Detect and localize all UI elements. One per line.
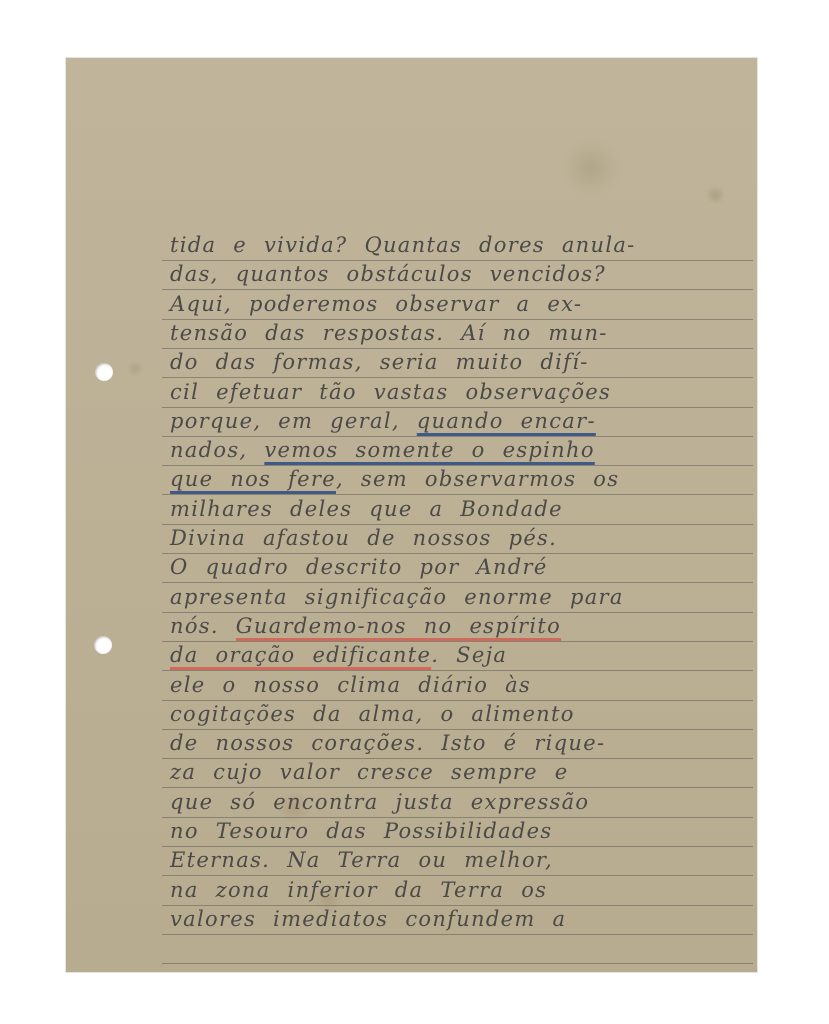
line-text: cogitações da alma, o alimento [170, 702, 575, 726]
line-text: Eternas. Na Terra ou melhor, [170, 848, 553, 872]
line-text: tida e vivida? Quantas dores anula- [170, 233, 636, 257]
text-line: na zona inferior da Terra os [170, 875, 750, 905]
underlined-text: quando encar- [417, 409, 596, 433]
line-text: que só encontra justa expressão [170, 790, 589, 814]
text-line: porque, em geral, quando encar- [170, 406, 750, 436]
text-line: no Tesouro das Possibilidades [170, 816, 750, 846]
ruled-line [162, 934, 753, 935]
text-line: tensão das respostas. Aí no mun- [170, 318, 750, 348]
text-line: do das formas, seria muito difí- [170, 347, 750, 377]
text-line: nós. Guardemo-nos no espírito [170, 611, 750, 641]
underlined-text: que nos fere [170, 467, 336, 491]
line-text: za cujo valor cresce sempre e [170, 760, 569, 784]
line-text: porque, em geral, [170, 409, 417, 433]
text-line: da oração edificante. Seja [170, 640, 750, 670]
line-text: valores imediatos confundem a [170, 907, 566, 931]
line-text: . Seja [431, 643, 507, 667]
line-text: Aqui, poderemos observar a ex- [170, 292, 582, 316]
text-line: das, quantos obstáculos vencidos? [170, 259, 750, 289]
line-text: das, quantos obstáculos vencidos? [170, 262, 606, 286]
punch-hole-bottom [94, 636, 112, 654]
line-text: cil efetuar tão vastas observações [170, 380, 611, 404]
line-text: milhares deles que a Bondade [170, 497, 563, 521]
line-text: apresenta significação enorme para [170, 585, 624, 609]
underlined-text: da oração edificante [170, 643, 431, 667]
line-text: O quadro descrito por André [170, 555, 548, 579]
manuscript-page: tida e vivida? Quantas dores anula-das, … [66, 58, 757, 972]
text-line: que só encontra justa expressão [170, 787, 750, 817]
text-line: Divina afastou de nossos pés. [170, 523, 750, 553]
line-text: nós. [170, 614, 236, 638]
line-text: no Tesouro das Possibilidades [170, 819, 552, 843]
text-line: ele o nosso clima diário às [170, 670, 750, 700]
text-line: cogitações da alma, o alimento [170, 699, 750, 729]
text-line: tida e vivida? Quantas dores anula- [170, 230, 750, 260]
text-line: milhares deles que a Bondade [170, 494, 750, 524]
line-text: do das formas, seria muito difí- [170, 350, 589, 374]
ruled-line [162, 963, 753, 964]
text-line: de nossos corações. Isto é rique- [170, 728, 750, 758]
line-text: Divina afastou de nossos pés. [170, 526, 557, 550]
text-line: apresenta significação enorme para [170, 582, 750, 612]
line-text: nados, [170, 438, 264, 462]
line-text: na zona inferior da Terra os [170, 878, 547, 902]
line-text: de nossos corações. Isto é rique- [170, 731, 605, 755]
text-line: que nos fere, sem observarmos os [170, 464, 750, 494]
underlined-text: vemos somente o espinho [264, 438, 594, 462]
line-text: , sem observarmos os [336, 467, 619, 491]
line-text: ele o nosso clima diário às [170, 673, 531, 697]
text-line: cil efetuar tão vastas observações [170, 377, 750, 407]
punch-hole-top [95, 363, 113, 381]
text-line: valores imediatos confundem a [170, 904, 750, 934]
text-line: Aqui, poderemos observar a ex- [170, 289, 750, 319]
underlined-text: Guardemo-nos no espírito [236, 614, 561, 638]
text-line: za cujo valor cresce sempre e [170, 757, 750, 787]
text-line: O quadro descrito por André [170, 552, 750, 582]
text-line: nados, vemos somente o espinho [170, 435, 750, 465]
text-line: Eternas. Na Terra ou melhor, [170, 845, 750, 875]
line-text: tensão das respostas. Aí no mun- [170, 321, 608, 345]
